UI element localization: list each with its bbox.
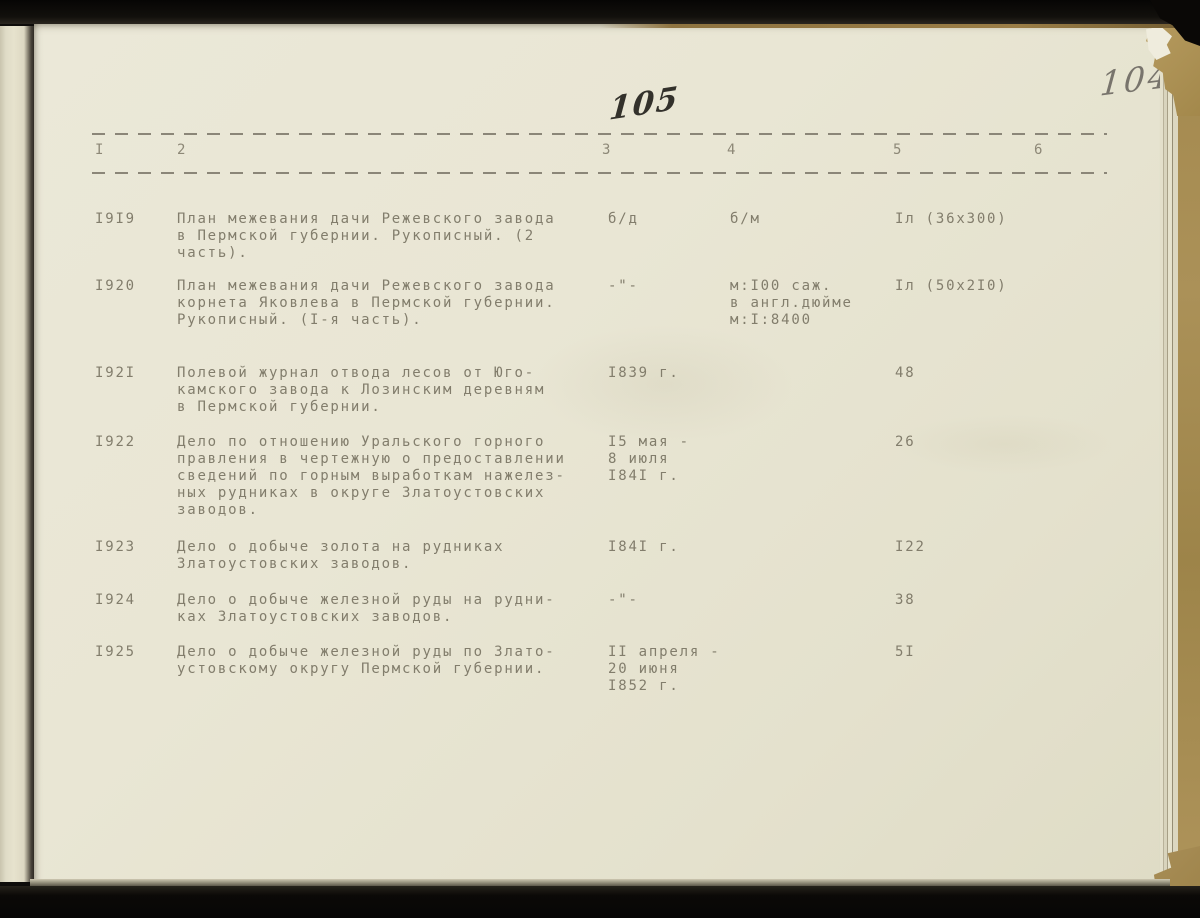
table-row: I922 Дело по отношению Уральского горног… [34,434,1164,519]
page-bottom-edge [30,879,1170,886]
document-page: 105 104 I 2 3 4 5 6 I9I9 План межевания … [34,24,1164,884]
table-row: I924 Дело о добыче железной руды на рудн… [34,592,1164,626]
entry-sheet-count: Iл (36х300) [895,211,1164,262]
entry-date: I5 мая - 8 июля I84I г. [608,434,730,519]
entry-number: I920 [95,278,177,329]
entry-scale [730,434,895,519]
entry-description: Полевой журнал отвода лесов от Юго- камс… [177,365,608,416]
table-rows: I9I9 План межевания дачи Режевского заво… [34,211,1164,695]
column-header-1: I [95,142,105,159]
column-header-3: 3 [602,142,612,159]
entry-number: I923 [95,539,177,573]
entry-sheet-count: 26 [895,434,1164,519]
entry-scale: б/м [730,211,895,262]
entry-number: I9I9 [95,211,177,262]
entry-description: Дело о добыче золота на рудниках Златоус… [177,539,608,573]
entry-date: I839 г. [608,365,730,416]
entry-date: I84I г. [608,539,730,573]
entry-description: Дело о добыче железной руды на рудни- ка… [177,592,608,626]
column-number-header: I 2 3 4 5 6 [34,142,1164,162]
table-row: I923 Дело о добыче золота на рудниках Зл… [34,539,1164,573]
entry-date: -"- [608,278,730,329]
right-page-stack-edge [1160,28,1178,884]
table-row: I925 Дело о добыче железной руды по Злат… [34,644,1164,695]
entry-date: -"- [608,592,730,626]
entry-sheet-count: 48 [895,365,1164,416]
table-row: I9I9 План межевания дачи Режевского заво… [34,211,1164,262]
entry-number: I92I [95,365,177,416]
table-rule-top [92,133,1107,135]
entry-description: Дело о добыче железной руды по Злато- ус… [177,644,608,695]
entry-sheet-count: 5I [895,644,1164,695]
left-page-stack-edge [0,26,34,882]
entry-sheet-count: 38 [895,592,1164,626]
entry-sheet-count: Iл (50х2I0) [895,278,1164,329]
table-row: I920 План межевания дачи Режевского заво… [34,278,1164,329]
entry-scale [730,539,895,573]
table-row: I92I Полевой журнал отвода лесов от Юго-… [34,365,1164,416]
inventory-table: I 2 3 4 5 6 I9I9 План межевания дачи Реж… [34,24,1164,884]
column-header-2: 2 [177,142,187,159]
column-header-4: 4 [727,142,737,159]
scan-background-bottom [0,886,1200,918]
column-header-5: 5 [893,142,903,159]
entry-description: План межевания дачи Режевского завода в … [177,211,608,262]
entry-number: I922 [95,434,177,519]
entry-date: II апреля - 20 июня I852 г. [608,644,730,695]
entry-number: I925 [95,644,177,695]
entry-description: План межевания дачи Режевского завода ко… [177,278,608,329]
entry-scale [730,592,895,626]
book-cover-edge [1178,24,1200,918]
entry-scale [730,644,895,695]
entry-scale: м:I00 саж. в англ.дюйме м:I:8400 [730,278,895,329]
scan-background-top [0,0,1200,24]
table-rule-bottom [92,172,1107,174]
book-scan: 105 104 I 2 3 4 5 6 I9I9 План межевания … [0,0,1200,918]
entry-date: б/д [608,211,730,262]
entry-scale [730,365,895,416]
entry-number: I924 [95,592,177,626]
entry-sheet-count: I22 [895,539,1164,573]
column-header-6: 6 [1034,142,1044,159]
entry-description: Дело по отношению Уральского горного пра… [177,434,608,519]
